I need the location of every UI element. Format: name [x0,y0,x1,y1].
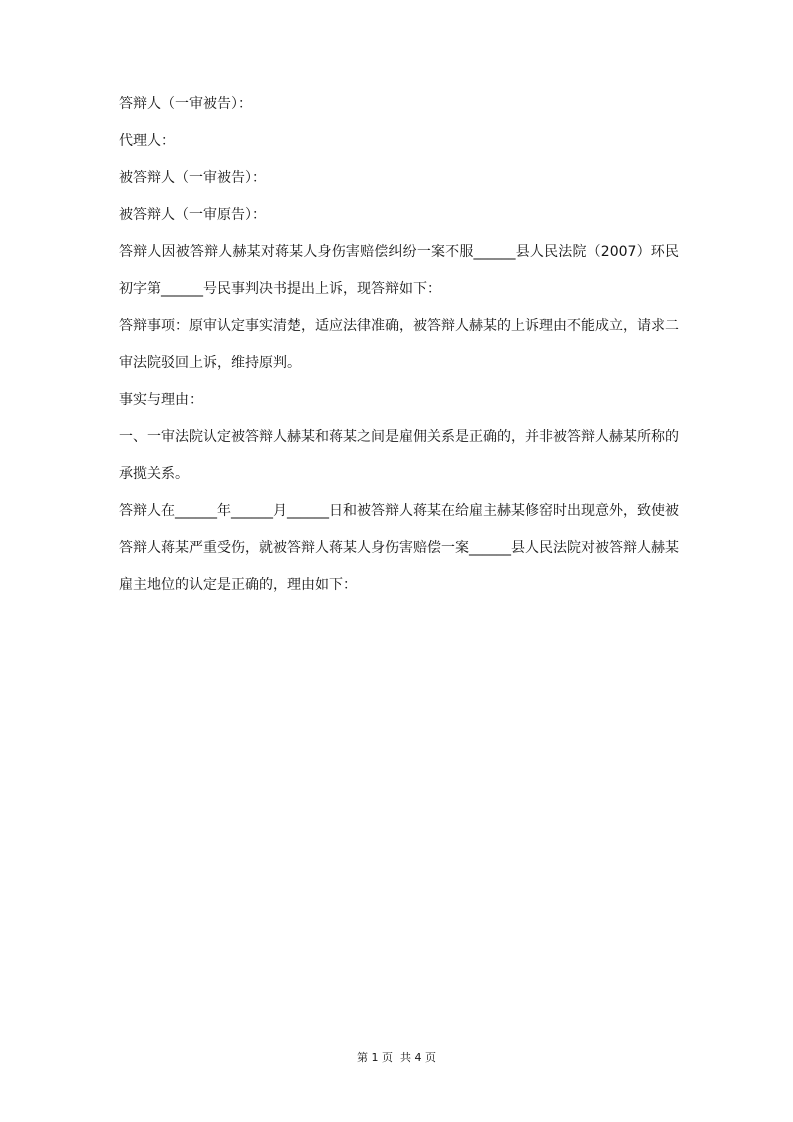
point-one-detail-paragraph: 答辩人在______年______月______日和被答辩人蒋某在给雇主赫某修窑… [119,493,679,604]
reply-matters-paragraph: 答辩事项：原审认定事实清楚，适应法律准确，被答辩人赫某的上诉理由不能成立，请求二… [119,308,679,382]
facts-reasons-heading: 事实与理由： [119,382,679,419]
document-body: 答辩人（一审被告）： 代理人： 被答辩人（一审被告）： 被答辩人（一审原告）： … [119,86,679,604]
document-page: 答辩人（一审被告）： 代理人： 被答辩人（一审被告）： 被答辩人（一审原告）： … [0,0,793,1122]
agent-line: 代理人： [119,123,679,160]
case-intro-paragraph: 答辩人因被答辩人赫某对蒋某人身伤害赔偿纠纷一案不服______县人民法院（200… [119,234,679,308]
point-one-paragraph: 一、一审法院认定被答辩人赫某和蒋某之间是雇佣关系是正确的，并非被答辩人赫某所称的… [119,419,679,493]
page-number-footer: 第 1 页 共 4 页 [0,1051,793,1065]
appellee-defendant-line: 被答辩人（一审被告）： [119,160,679,197]
respondent-line: 答辩人（一审被告）： [119,86,679,123]
appellee-plaintiff-line: 被答辩人（一审原告）： [119,197,679,234]
